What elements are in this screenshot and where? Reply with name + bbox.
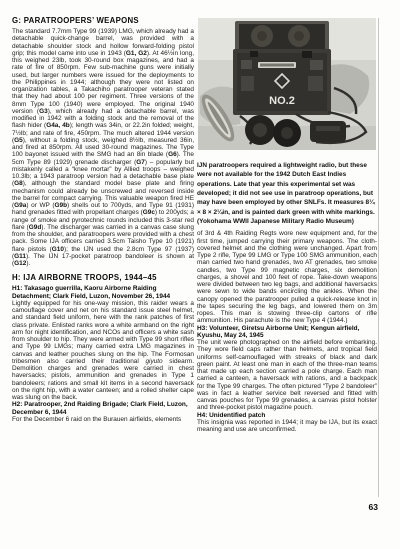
section-h-heading: H: IJA AIRBORNE TROOPS, 1944–45 [12,273,194,282]
h2-body-start: For the December 6 raid on the Burauen a… [12,416,194,423]
book-page: G: PARATROOPERS’ WEAPONS The standard 7.… [0,0,400,549]
section-g-heading: G: PARATROOPERS’ WEAPONS [12,16,194,25]
h3-heading: H3: Volunteer, Giretsu Airborne Unit; Ke… [197,325,377,340]
page-edge-rule [378,18,379,497]
h2-heading: H2: Paratrooper, 2nd Raiding Brigade; Cl… [12,401,194,416]
page-number: 63 [369,502,378,512]
right-column: NO.2 [197,18,377,433]
h1-body: Lightly equipped for his one-way mission… [12,300,194,402]
photo-caption: IJN paratroopers required a lightweight … [197,161,377,226]
radio-photo-illustration: NO.2 [198,18,376,150]
radio-marking-text: NO.2 [269,95,295,107]
h2-body-continued: of 3rd & 4th Raiding Regts wore new equi… [197,230,377,324]
h4-body: This insignia was reported in 1944; it m… [197,419,377,434]
left-column: G: PARATROOPERS’ WEAPONS The standard 7.… [12,16,194,423]
section-g-body: The standard 7.7mm Type 99 (1939) LMG, w… [12,28,194,267]
h4-heading: H4: Unidentified patch [197,412,377,419]
radio-photo: NO.2 [198,18,376,150]
h1-heading: H1: Takasago guerrilla, Kaoru Airborne R… [12,285,194,300]
h3-body: The unit were photographed on the airfie… [197,339,377,412]
